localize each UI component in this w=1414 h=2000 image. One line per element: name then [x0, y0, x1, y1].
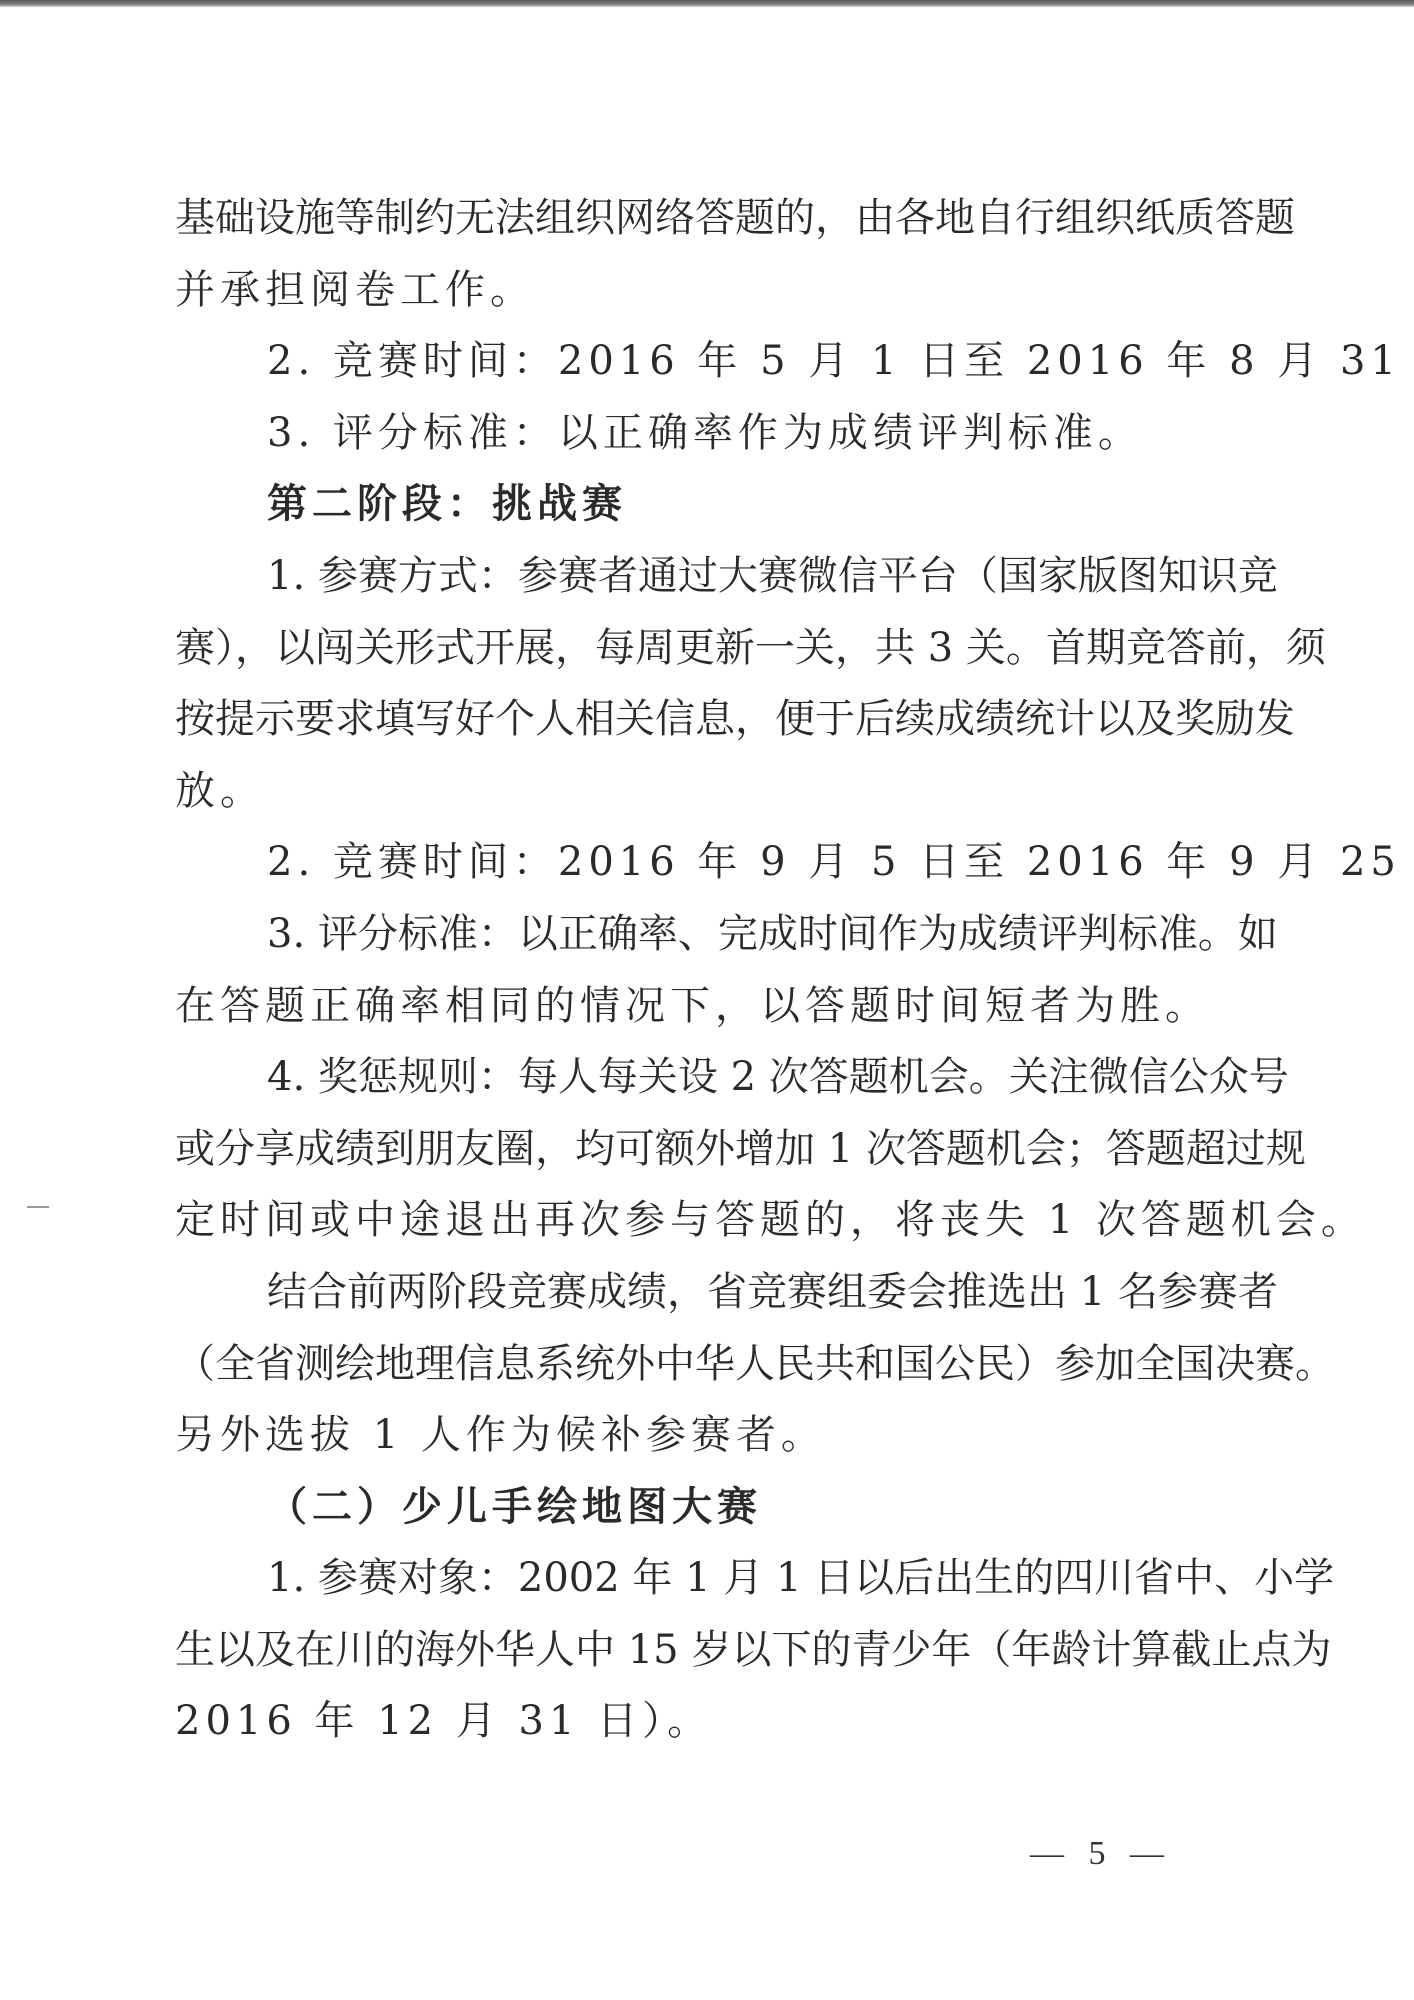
list-item-competition-time: 2. 竞赛时间：2016 年 5 月 1 日至 2016 年 8 月 31 日。 — [175, 333, 1230, 405]
paragraph-line: 或分享成绩到朋友圈，均可额外增加 1 次答题机会；答题超过规 — [175, 1121, 1230, 1193]
list-item-participation-method: 1. 参赛方式：参赛者通过大赛微信平台（国家版图知识竞 — [175, 548, 1230, 620]
paragraph-line: 并承担阅卷工作。 — [175, 262, 1230, 334]
paragraph-line: 基础设施等制约无法组织网络答题的，由各地自行组织纸质答题 — [175, 190, 1230, 262]
list-item-scoring-standard: 3. 评分标准：以正确率、完成时间作为成绩评判标准。如 — [175, 906, 1230, 978]
list-item-scoring-standard: 3. 评分标准：以正确率作为成绩评判标准。 — [175, 405, 1230, 477]
paragraph-line: （全省测绘地理信息系统外中华人民共和国公民）参加全国决赛。 — [175, 1336, 1230, 1408]
list-item-reward-rules: 4. 奖惩规则：每人每关设 2 次答题机会。关注微信公众号 — [175, 1049, 1230, 1121]
page-number: — 5 — — [1030, 1835, 1172, 1873]
paragraph-line: 赛），以闯关形式开展，每周更新一关，共 3 关。首期竞答前，须 — [175, 620, 1230, 692]
document-body: 基础设施等制约无法组织网络答题的，由各地自行组织纸质答题 并承担阅卷工作。 2.… — [175, 190, 1230, 1765]
paragraph-line: 在答题正确率相同的情况下，以答题时间短者为胜。 — [175, 978, 1230, 1050]
paragraph-line: 生以及在川的海外华人中 15 岁以下的青少年（年龄计算截止点为 — [175, 1622, 1230, 1694]
list-item-competition-time: 2. 竞赛时间：2016 年 9 月 5 日至 2016 年 9 月 25 日。 — [175, 834, 1230, 906]
scan-artifact-mark — [27, 1206, 49, 1208]
section-heading-children-map-contest: （二）少儿手绘地图大赛 — [175, 1479, 1230, 1551]
paragraph-line: 放。 — [175, 763, 1230, 835]
paragraph-line: 按提示要求填写好个人相关信息，便于后续成绩统计以及奖励发 — [175, 691, 1230, 763]
section-heading-stage-two: 第二阶段：挑战赛 — [175, 476, 1230, 548]
paragraph-line: 2016 年 12 月 31 日）。 — [175, 1693, 1230, 1765]
list-item-participants: 1. 参赛对象：2002 年 1 月 1 日以后出生的四川省中、小学 — [175, 1550, 1230, 1622]
paragraph-line: 另外选拔 1 人作为候补参赛者。 — [175, 1407, 1230, 1479]
scan-top-edge — [0, 0, 1414, 7]
paragraph-line: 定时间或中途退出再次参与答题的，将丧失 1 次答题机会。 — [175, 1192, 1230, 1264]
paragraph-selection: 结合前两阶段竞赛成绩，省竞赛组委会推选出 1 名参赛者 — [175, 1264, 1230, 1336]
